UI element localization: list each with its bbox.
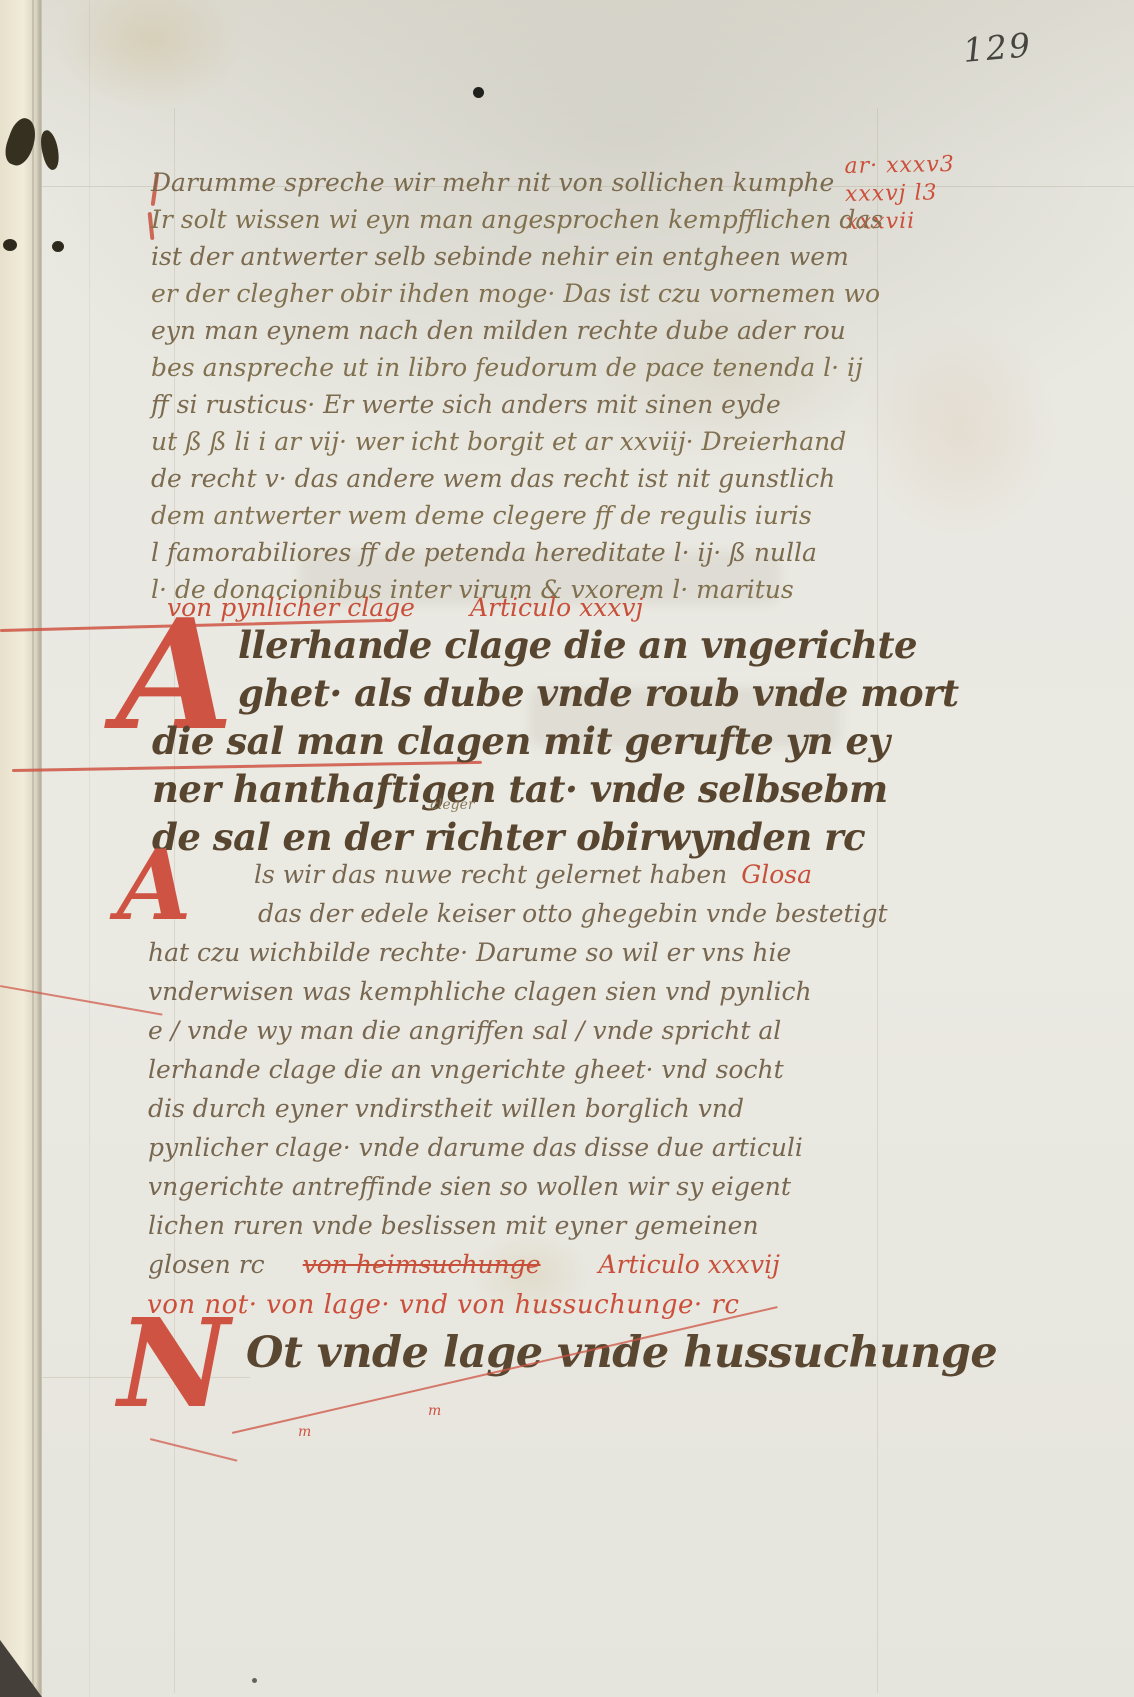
text-line: dis durch eyner vndirstheit willen borgl… [148, 1089, 888, 1128]
ink-dot [473, 87, 484, 98]
gutter-crease [89, 0, 90, 1697]
rubric-heading: von not· von lage· vnd von hussuchunge· … [147, 1290, 739, 1320]
ink-dot [3, 239, 17, 251]
text-line: vngerichte antreffinde sien so wollen wi… [148, 1167, 888, 1206]
text-line: Ir solt wissen wi eyn man angesprochen k… [151, 201, 883, 238]
ink-dot [52, 241, 64, 252]
text-line: ghet· als dube vnde roub vnde mort [152, 669, 959, 717]
text-line: ner hanthaftigen tat· vnde selbsebm [152, 765, 959, 813]
text-line: er der clegher obir ihden moge· Das ist … [151, 275, 883, 312]
chapter-initial: N [118, 1312, 230, 1416]
text-line: hat czu wichbilde rechte· Darume so wil … [148, 933, 888, 972]
text-line: bes anspreche ut in libro feudorum de pa… [151, 349, 883, 386]
struck-rubric: von heimsuchunge [303, 1250, 541, 1279]
page-gutter [0, 0, 42, 1697]
gutter-crease [32, 0, 34, 1697]
text-line: de recht v· das andere wem das recht ist… [151, 460, 883, 497]
gloss-closing: glosen rc [148, 1250, 265, 1279]
text-line-chapter-opening: Ot vnde lage vnde hussuchunge [246, 1328, 997, 1378]
text-line: ist der antwerter selb sebinde nehir ein… [151, 238, 883, 275]
initial-tail-flourish [150, 1438, 238, 1462]
text-line: ls wir das nuwe recht gelernet habenGlos… [148, 855, 888, 894]
articulo-label: Articulo xxxvj [470, 593, 643, 622]
stain [55, 0, 245, 110]
flourish-mark: m [298, 1424, 311, 1440]
manuscript-page: 129 ar· xxxv3 xxxvj l3 xxxvii Darumme sp… [0, 0, 1134, 1697]
text-line: ff si rusticus· Er werte sich anders mit… [151, 386, 883, 423]
text-line: die sal man clagen mit gerufte yn ey [152, 717, 959, 765]
folio-number: 129 [961, 25, 1033, 70]
articulo-label: Articulo xxxvij [599, 1250, 780, 1279]
text-line: l famorabiliores ff de petenda hereditat… [151, 534, 883, 571]
glosa-label: Glosa [741, 860, 812, 889]
text-line: lichen ruren vnde beslissen mit eyner ge… [148, 1206, 888, 1245]
stain [860, 320, 1060, 540]
text-line: Darumme spreche wir mehr nit von sollich… [151, 164, 883, 201]
text-line: ut ß ß li i ar vij· wer icht borgit et a… [151, 423, 883, 460]
text-line: glosen rcvon heimsuchungeArticulo xxxvij [148, 1245, 888, 1284]
ink-dot [252, 1678, 257, 1683]
text-line: de sal en der richter obirwynden rc [152, 813, 959, 861]
text-line: vnderwisen was kemphliche clagen sien vn… [148, 972, 888, 1011]
text-line: pynlicher clage· vnde darume das disse d… [148, 1128, 888, 1167]
flourish-mark: m [428, 1403, 441, 1419]
text-line: dem antwerter wem deme clegere ff de reg… [151, 497, 883, 534]
text-line: llerhande clage die an vngerichte [152, 621, 959, 669]
text-line: lerhande clage die an vngerichte gheet· … [148, 1050, 888, 1089]
interlinear-note: cleger [430, 797, 475, 813]
text-line: das der edele keiser otto ghegebin vnde … [148, 894, 888, 933]
text-block-main: Darumme spreche wir mehr nit von sollich… [151, 164, 883, 608]
text-block-gloss: ls wir das nuwe recht gelernet habenGlos… [148, 855, 888, 1284]
rubric-heading: von pynlicher clageArticulo xxxvj [167, 593, 643, 622]
text-line: eyn man eynem nach den milden rechte dub… [151, 312, 883, 349]
text-block-chapter: llerhande clage die an vngerichte ghet· … [152, 621, 959, 861]
text-line: e / vnde wy man die angriffen sal / vnde… [148, 1011, 888, 1050]
gloss-opening: ls wir das nuwe recht gelernet haben [254, 860, 727, 889]
